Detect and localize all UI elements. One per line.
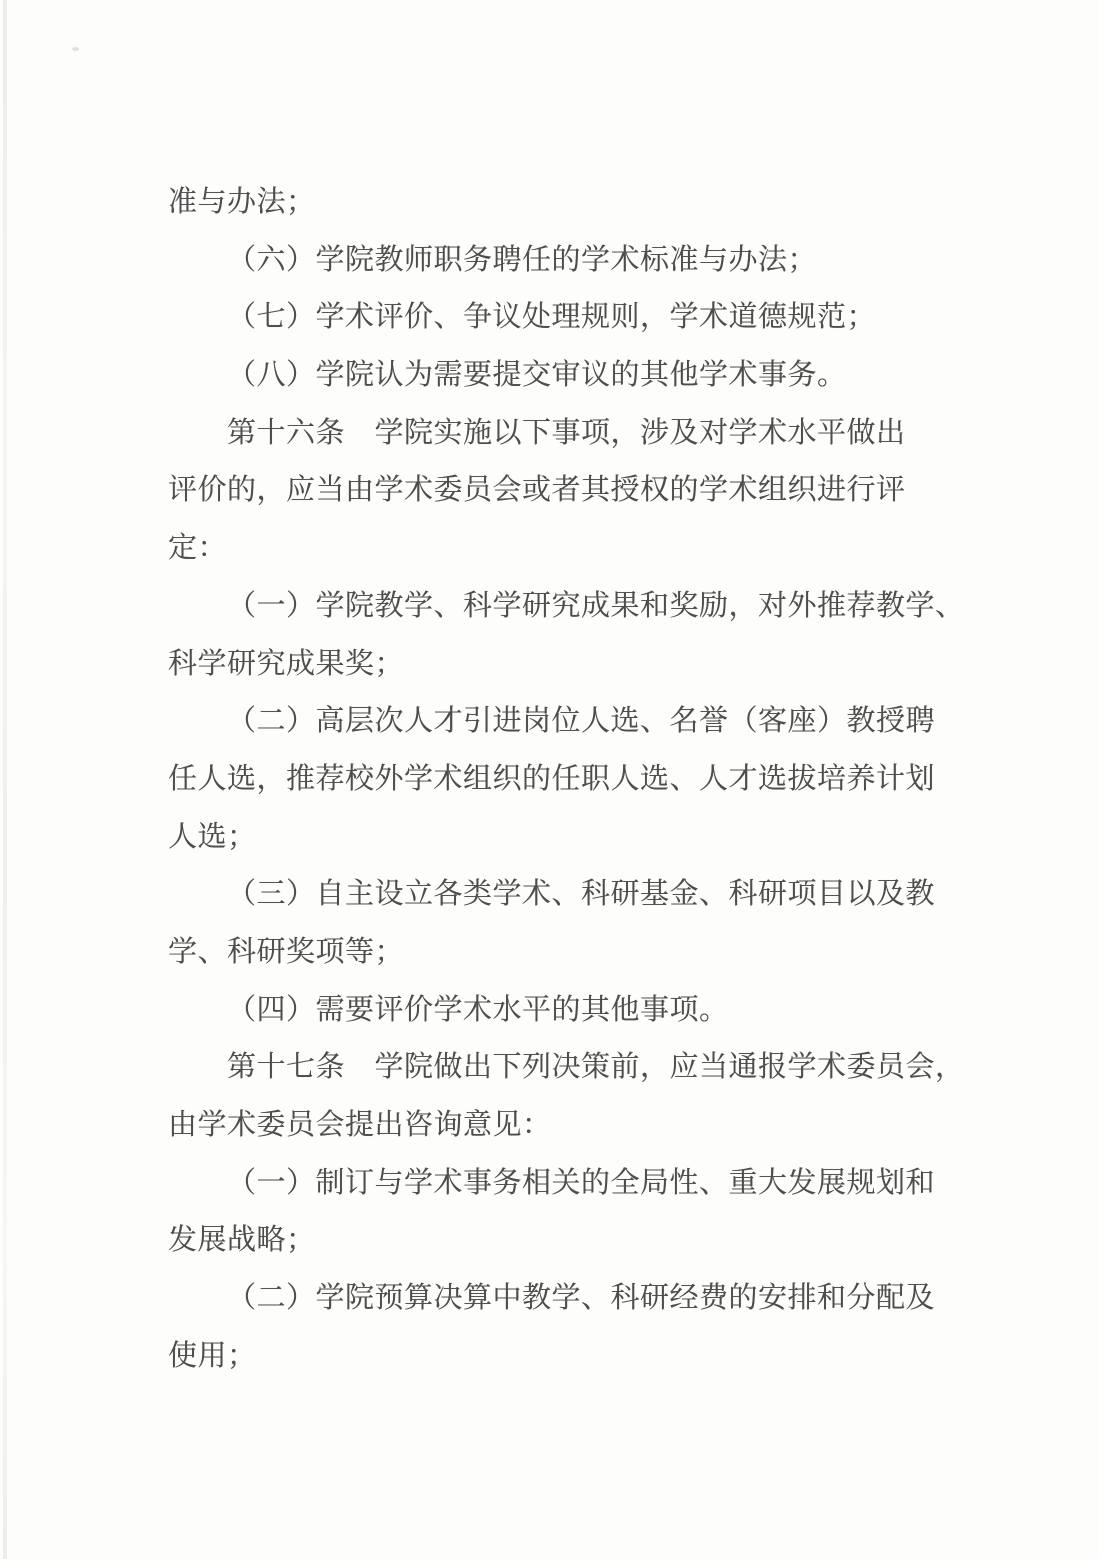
text-line: （二）学院预算决算中教学、科研经费的安排和分配及 [168,1270,958,1328]
text-line: （四）需要评价学术水平的其他事项。 [168,982,958,1040]
text-line: 第十六条 学院实施以下事项，涉及对学术水平做出 [168,405,958,463]
scan-edge-artifact [3,0,7,1559]
document-body: 准与办法；（六）学院教师职务聘任的学术标准与办法；（七）学术评价、争议处理规则，… [168,174,958,1385]
text-line: 评价的，应当由学术委员会或者其授权的学术组织进行评 [168,462,958,520]
text-line: （一）制订与学术事务相关的全局性、重大发展规划和 [168,1155,958,1213]
text-line: 发展战略； [168,1212,958,1270]
text-line: 由学术委员会提出咨询意见： [168,1097,958,1155]
text-line: 使用； [168,1328,958,1386]
text-line: （六）学院教师职务聘任的学术标准与办法； [168,232,958,290]
scanned-document-page: 准与办法；（六）学院教师职务聘任的学术标准与办法；（七）学术评价、争议处理规则，… [0,0,1099,1559]
text-line: （二）高层次人才引进岗位人选、名誉（客座）教授聘 [168,693,958,751]
text-line: 第十七条 学院做出下列决策前，应当通报学术委员会， [168,1039,958,1097]
scan-speck-artifact [72,47,79,51]
text-line: 定： [168,520,958,578]
text-line: （一）学院教学、科学研究成果和奖励，对外推荐教学、 [168,578,958,636]
text-line: （三）自主设立各类学术、科研基金、科研项目以及教 [168,866,958,924]
text-line: 学、科研奖项等； [168,924,958,982]
text-line: 科学研究成果奖； [168,636,958,694]
text-line: （八）学院认为需要提交审议的其他学术事务。 [168,347,958,405]
text-line: 人选； [168,809,958,867]
text-line: 任人选，推荐校外学术组织的任职人选、人才选拔培养计划 [168,751,958,809]
text-line: 准与办法； [168,174,958,232]
text-line: （七）学术评价、争议处理规则，学术道德规范； [168,289,958,347]
